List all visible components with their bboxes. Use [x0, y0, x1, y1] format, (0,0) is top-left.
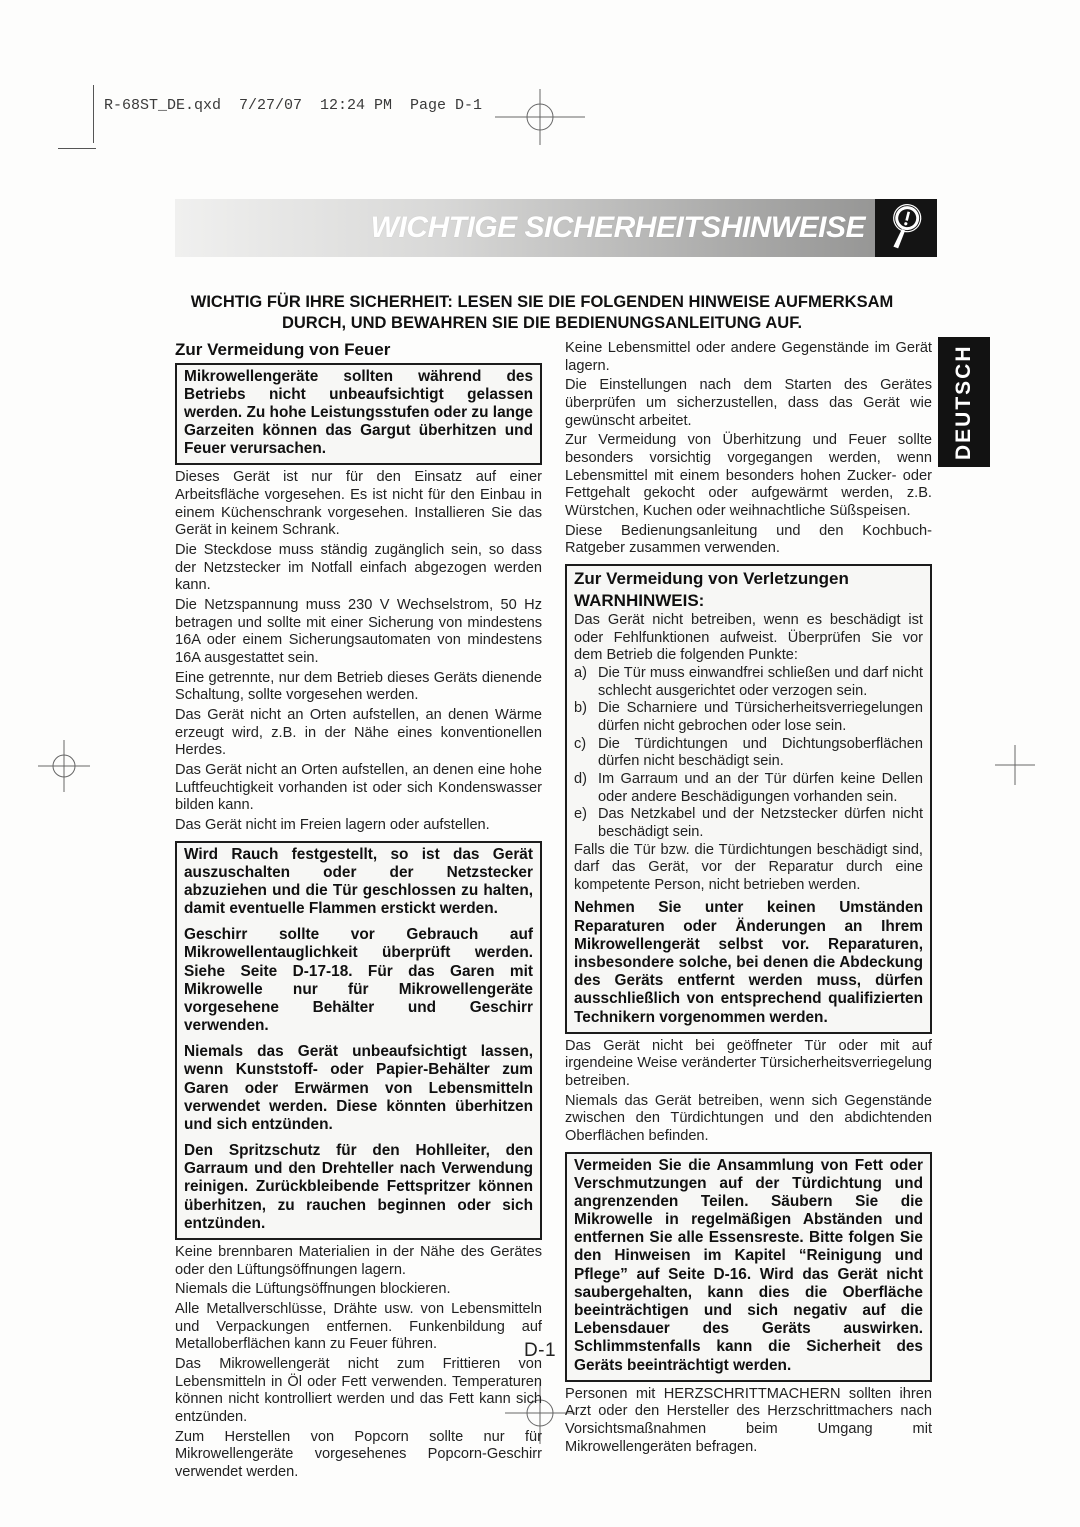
- checklist-text: Im Garraum und an der Tür dürfen keine D…: [598, 771, 923, 806]
- body-paragraph: Die Einstellungen nach dem Starten des G…: [565, 377, 932, 430]
- body-paragraph: Keine brennbaren Materialien in der Nähe…: [175, 1244, 542, 1279]
- checklist-item: d) Im Garraum und an der Tür dürfen kein…: [574, 771, 923, 806]
- pacemaker-note: Personen mit HERZSCHRITTMACHERN sollten …: [565, 1386, 932, 1457]
- checklist-marker: b): [574, 700, 598, 735]
- crop-mark-horizontal: [58, 148, 96, 149]
- crop-mark-vertical: [93, 85, 94, 143]
- safety-intro: WICHTIG FÜR IHRE SICHERHEIT: LESEN SIE D…: [168, 292, 916, 334]
- body-paragraph: Die Steckdose muss ständig zugänglich se…: [175, 542, 542, 595]
- injury-warning-box: Zur Vermeidung von Verletzungen WARNHINW…: [565, 564, 932, 1034]
- injury-prevention-heading: Zur Vermeidung von Verletzungen: [574, 569, 923, 589]
- body-paragraph: Dieses Gerät ist nur für den Einsatz auf…: [175, 469, 542, 540]
- warning-paragraph: Mikrowellengeräte sollten während des Be…: [184, 368, 533, 459]
- body-paragraph: Das Mikrowellengerät nicht zum Frittiere…: [175, 1356, 542, 1427]
- magnifier-exclamation-icon: [875, 199, 937, 257]
- checklist-marker: c): [574, 736, 598, 771]
- scanned-page: R-68ST_DE.qxd 7/27/07 12:24 PM Page D-1: [0, 0, 1080, 1527]
- fire-prevention-heading: Zur Vermeidung von Feuer: [175, 340, 542, 360]
- language-tab-deutsch: DEUTSCH: [938, 337, 990, 467]
- right-column: Keine Lebensmittel oder andere Gegenstän…: [565, 340, 932, 1484]
- right-paragraphs-2: Das Gerät nicht bei geöffneter Tür oder …: [565, 1038, 932, 1146]
- warning-paragraph: Niemals das Gerät unbeaufsichtigt lassen…: [184, 1043, 533, 1134]
- body-paragraph: Das Gerät nicht bei geöffneter Tür oder …: [565, 1038, 932, 1091]
- body-paragraph: Niemals das Gerät betreiben, wenn sich G…: [565, 1093, 932, 1146]
- checklist-text: Das Netzkabel und der Netzstecker dürfen…: [598, 806, 923, 841]
- repair-warning: Nehmen Sie unter keinen Umständen Repara…: [574, 899, 923, 1026]
- body-paragraph: Zum Herstellen von Popcorn sollte nur fü…: [175, 1429, 542, 1482]
- body-paragraph: Die Netzspannung muss 230 V Wechselstrom…: [175, 597, 542, 668]
- checklist-marker: e): [574, 806, 598, 841]
- warning-box-unattended: Mikrowellengeräte sollten während des Be…: [175, 363, 542, 466]
- page-number: D-1: [0, 1340, 1080, 1362]
- checklist-text: Die Türdichtungen und Dichtungsoberfläch…: [598, 736, 923, 771]
- checklist-text: Die Tür muss einwandfrei schließen und d…: [598, 665, 923, 700]
- registration-mark-top: [495, 87, 585, 147]
- body-paragraph: Keine Lebensmittel oder andere Gegenstän…: [565, 340, 932, 375]
- fire-prevention-paragraphs: Dieses Gerät ist nur für den Einsatz auf…: [175, 469, 542, 834]
- injury-intro: Das Gerät nicht betreiben, wenn es besch…: [574, 612, 923, 665]
- checklist-text: Die Scharniere und Türsicherheitsverrieg…: [598, 700, 923, 735]
- warning-box-smoke-dishes: Wird Rauch festgestellt, so ist das Gerä…: [175, 841, 542, 1240]
- body-paragraph: Zur Vermeidung von Überhitzung und Feuer…: [565, 432, 932, 520]
- injury-checklist: a) Die Tür muss einwandfrei schließen un…: [574, 665, 923, 842]
- body-paragraph: Das Gerät nicht an Orten aufstellen, an …: [175, 762, 542, 815]
- body-paragraph: Das Gerät nicht an Orten aufstellen, an …: [175, 707, 542, 760]
- checklist-marker: d): [574, 771, 598, 806]
- body-paragraph: Das Gerät nicht im Freien lagern oder au…: [175, 817, 542, 835]
- warnhinweis-label: WARNHINWEIS:: [574, 591, 923, 612]
- registration-mark-left: [38, 740, 90, 792]
- door-damage-note: Falls die Tür bzw. die Türdichtungen bes…: [574, 842, 923, 895]
- warning-paragraph: Geschirr sollte vor Gebrauch auf Mikrowe…: [184, 926, 533, 1035]
- checklist-item: e) Das Netzkabel und der Netzstecker dür…: [574, 806, 923, 841]
- checklist-marker: a): [574, 665, 598, 700]
- content-columns: Zur Vermeidung von Feuer Mikrowellengerä…: [175, 340, 932, 1484]
- right-paragraphs-1: Keine Lebensmittel oder andere Gegenstän…: [565, 340, 932, 558]
- section-title: WICHTIGE SICHERHEITSHINWEISE: [371, 211, 875, 245]
- fire-prevention-paragraphs-2: Keine brennbaren Materialien in der Nähe…: [175, 1244, 542, 1482]
- warning-paragraph: Den Spritzschutz für den Hohlleiter, den…: [184, 1142, 533, 1233]
- print-header: R-68ST_DE.qxd 7/27/07 12:24 PM Page D-1: [104, 97, 482, 114]
- checklist-item: a) Die Tür muss einwandfrei schließen un…: [574, 665, 923, 700]
- checklist-item: c) Die Türdichtungen und Dichtungsoberfl…: [574, 736, 923, 771]
- warning-paragraph: Wird Rauch festgestellt, so ist das Gerä…: [184, 846, 533, 919]
- left-column: Zur Vermeidung von Feuer Mikrowellengerä…: [175, 340, 542, 1484]
- section-title-bar: WICHTIGE SICHERHEITSHINWEISE: [175, 199, 937, 257]
- body-paragraph: Niemals die Lüftungsöffnungen blockieren…: [175, 1281, 542, 1299]
- body-paragraph: Diese Bedienungsanleitung und den Kochbu…: [565, 523, 932, 558]
- registration-mark-right: [995, 745, 1035, 785]
- body-paragraph: Eine getrennte, nur dem Betrieb dieses G…: [175, 670, 542, 705]
- checklist-item: b) Die Scharniere und Türsicherheitsverr…: [574, 700, 923, 735]
